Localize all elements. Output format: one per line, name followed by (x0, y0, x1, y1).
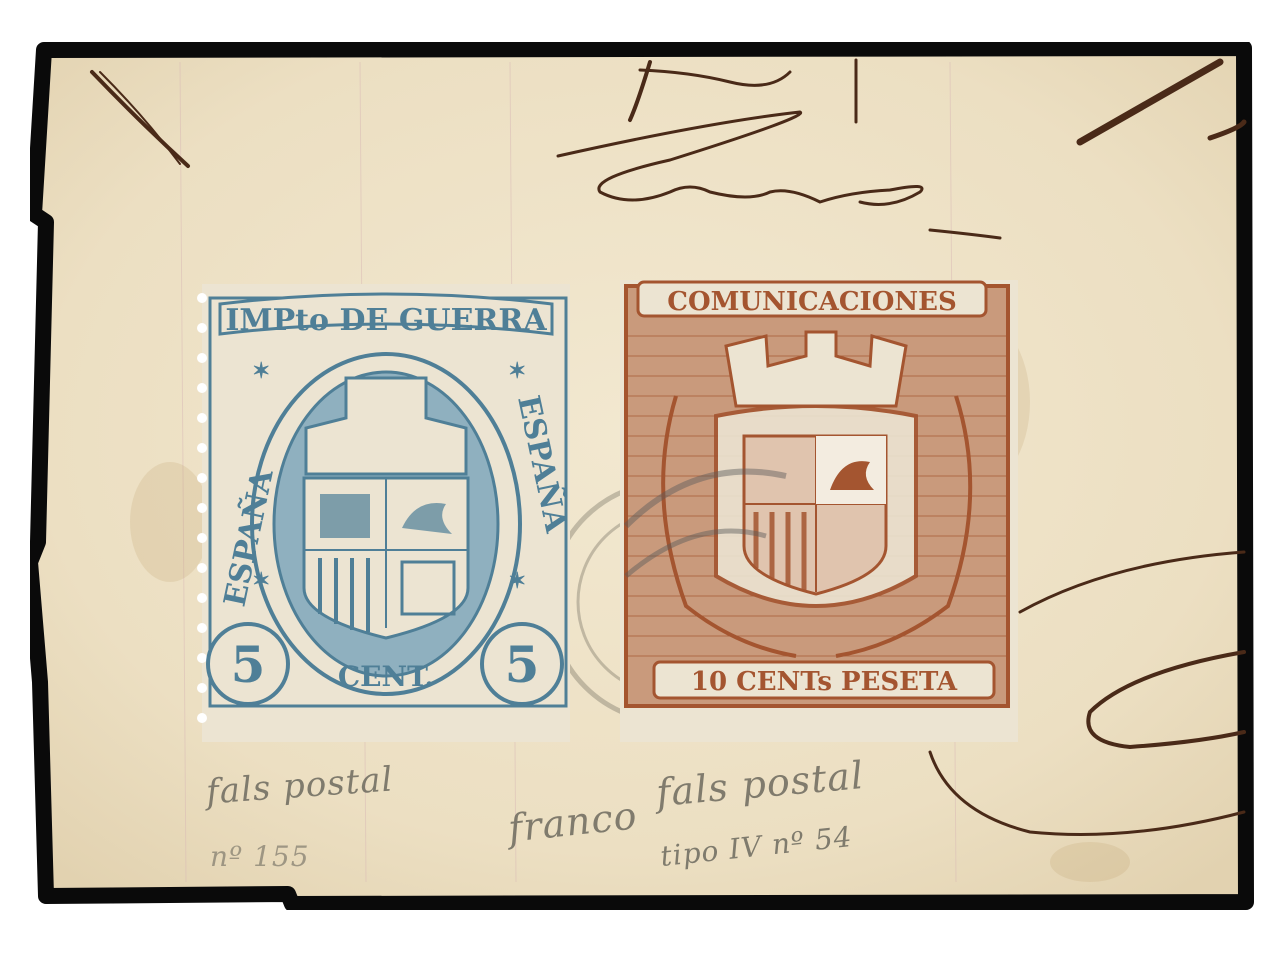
svg-text:✶: ✶ (252, 358, 270, 384)
stamp-value-banner: 10 CENTs PESETA (691, 667, 958, 697)
svg-text:✶: ✶ (508, 568, 526, 594)
stamp-value-right: 5 (505, 635, 540, 694)
svg-text:✶: ✶ (252, 568, 270, 594)
pencil-annotation-left-2: nº 155 (210, 840, 310, 873)
blue-stamp-5-cent: IMPto DE GUERRA ESPAÑA ESPAÑA 5 5 CENT. … (196, 278, 576, 748)
stamp-banner-text: IMPto DE GUERRA (225, 303, 547, 338)
brown-stamp-10-cent: COMUNICACIONES 10 CENTs PESETA (616, 276, 1022, 746)
stamp-value-left: 5 (231, 635, 266, 694)
stamp-value-label: CENT. (338, 660, 434, 693)
stamp-banner-text: COMUNICACIONES (667, 287, 956, 317)
svg-text:✶: ✶ (508, 358, 526, 384)
